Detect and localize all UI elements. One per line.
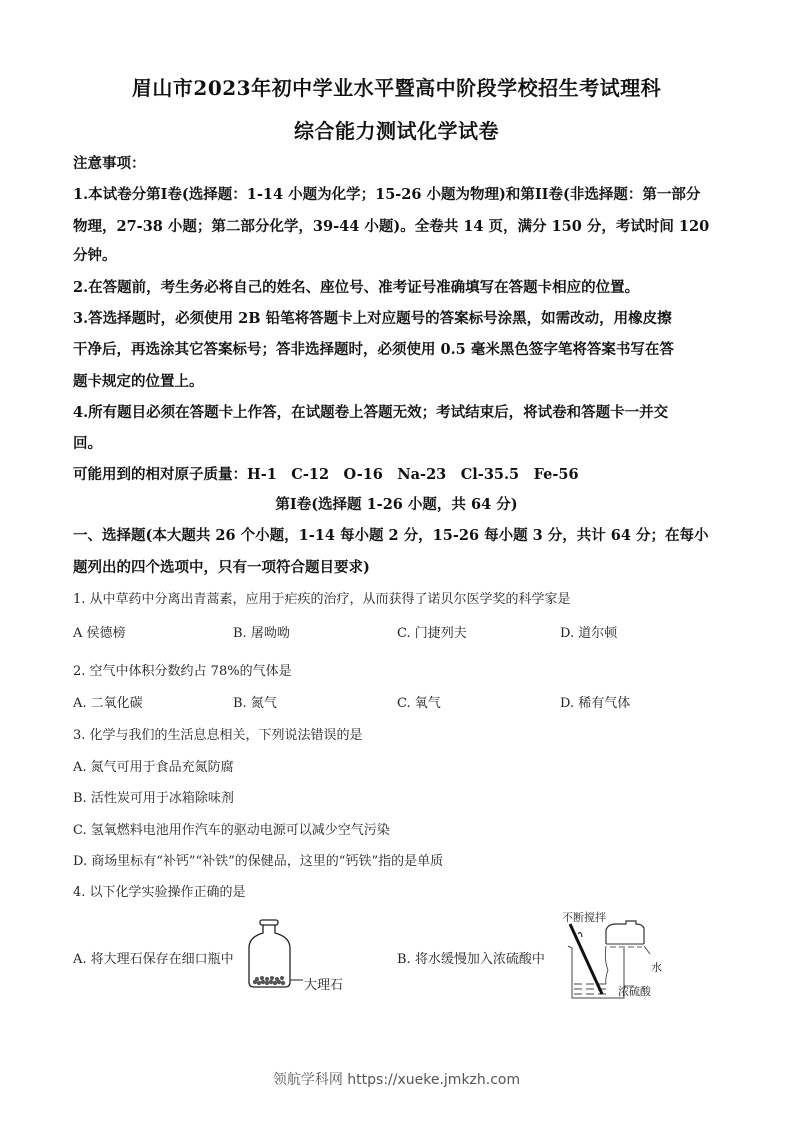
atomic-masses: 可能用到的相对原子质量：H-1 C-12 O-16 Na-23 Cl-35.5 … (73, 463, 579, 484)
question-2-option-a: A. 二氧化碳 (73, 692, 143, 711)
question-1-option-c: C. 门捷列夫 (397, 622, 467, 641)
question-4-option-b: B. 将水缓慢加入浓硫酸中 (397, 948, 545, 967)
question-1-option-a: A 侯德榜 (73, 622, 126, 641)
question-3-option-a: A. 氮气可用于食品充氮防腐 (73, 756, 234, 775)
note-line: 3.答选择题时，必须使用 2B 铅笔将答题卡上对应题号的答案标号涂黑，如需改动，… (73, 307, 672, 328)
exam-title-line-1: 眉山市2023年初中学业水平暨高中阶段学校招生考试理科 (0, 72, 793, 101)
exam-title-line-2: 综合能力测试化学试卷 (0, 115, 793, 144)
notes-heading: 注意事项： (73, 152, 146, 173)
question-1-option-d: D. 道尔顿 (560, 622, 617, 641)
note-line: 4.所有题目必须在答题卡上作答，在试题卷上答题无效；考试结束后，将试卷和答题卡一… (73, 401, 668, 422)
note-line: 1.本试卷分第I卷(选择题：1-14 小题为化学；15-26 小题为物理)和第I… (73, 183, 700, 204)
question-3-option-b: B. 活性炭可用于冰箱除味剂 (73, 787, 234, 806)
note-line: 分钟。 (73, 244, 117, 265)
question-2-option-c: C. 氧气 (397, 692, 441, 711)
question-1-stem: 1. 从中草药中分离出青蒿素，应用于疟疾的治疗，从而获得了诺贝尔医学奖的科学家是 (73, 588, 571, 607)
question-3-option-d: D. 商场里标有“补钙”“补铁”的保健品，这里的“钙铁”指的是单质 (73, 850, 443, 869)
note-line: 物理，27-38 小题；第二部分化学，39-44 小题)。全卷共 14 页，满分… (73, 215, 709, 236)
question-2-stem: 2. 空气中体积分数约占 78%的气体是 (73, 660, 292, 679)
section-heading: 第I卷(选择题 1-26 小题，共 64 分) (0, 493, 793, 514)
note-line: 回。 (73, 432, 102, 453)
water-label: 水 (651, 959, 662, 975)
question-2-option-d: D. 稀有气体 (560, 692, 630, 711)
concentrated-sulfuric-acid-label: 浓硫酸 (618, 983, 651, 999)
note-line: 题卡规定的位置上。 (73, 370, 204, 391)
question-4-stem: 4. 以下化学实验操作正确的是 (73, 881, 246, 900)
question-3-stem: 3. 化学与我们的生活息息相关，下列说法错误的是 (73, 724, 363, 743)
watermark-footer: 领航学科网 https://xueke.jmkzh.com (0, 1069, 793, 1089)
question-3-option-c: C. 氢氧燃料电池用作汽车的驱动电源可以减少空气污染 (73, 819, 390, 838)
section-instructions-line: 一、选择题(本大题共 26 个小题，1-14 每小题 2 分，15-26 每小题… (73, 524, 709, 545)
marble-label: 大理石 (304, 974, 343, 993)
section-instructions-line: 题列出的四个选项中，只有一项符合题目要求) (73, 556, 370, 577)
narrow-mouth-bottle-figure (245, 918, 305, 990)
exam-page: 眉山市2023年初中学业水平暨高中阶段学校招生考试理科 综合能力测试化学试卷 注… (0, 0, 793, 1122)
note-line: 干净后，再选涂其它答案标号；答非选择题时，必须使用 0.5 毫米黑色签字笔将答案… (73, 338, 674, 359)
question-4-option-a: A. 将大理石保存在细口瓶中 (73, 948, 234, 967)
question-2-option-b: B. 氮气 (233, 692, 277, 711)
question-1-option-b: B. 屠呦呦 (233, 622, 290, 641)
note-line: 2.在答题前，考生务必将自己的姓名、座位号、准考证号准确填写在答题卡相应的位置。 (73, 276, 639, 297)
stir-label: 不断搅拌 (562, 909, 606, 925)
